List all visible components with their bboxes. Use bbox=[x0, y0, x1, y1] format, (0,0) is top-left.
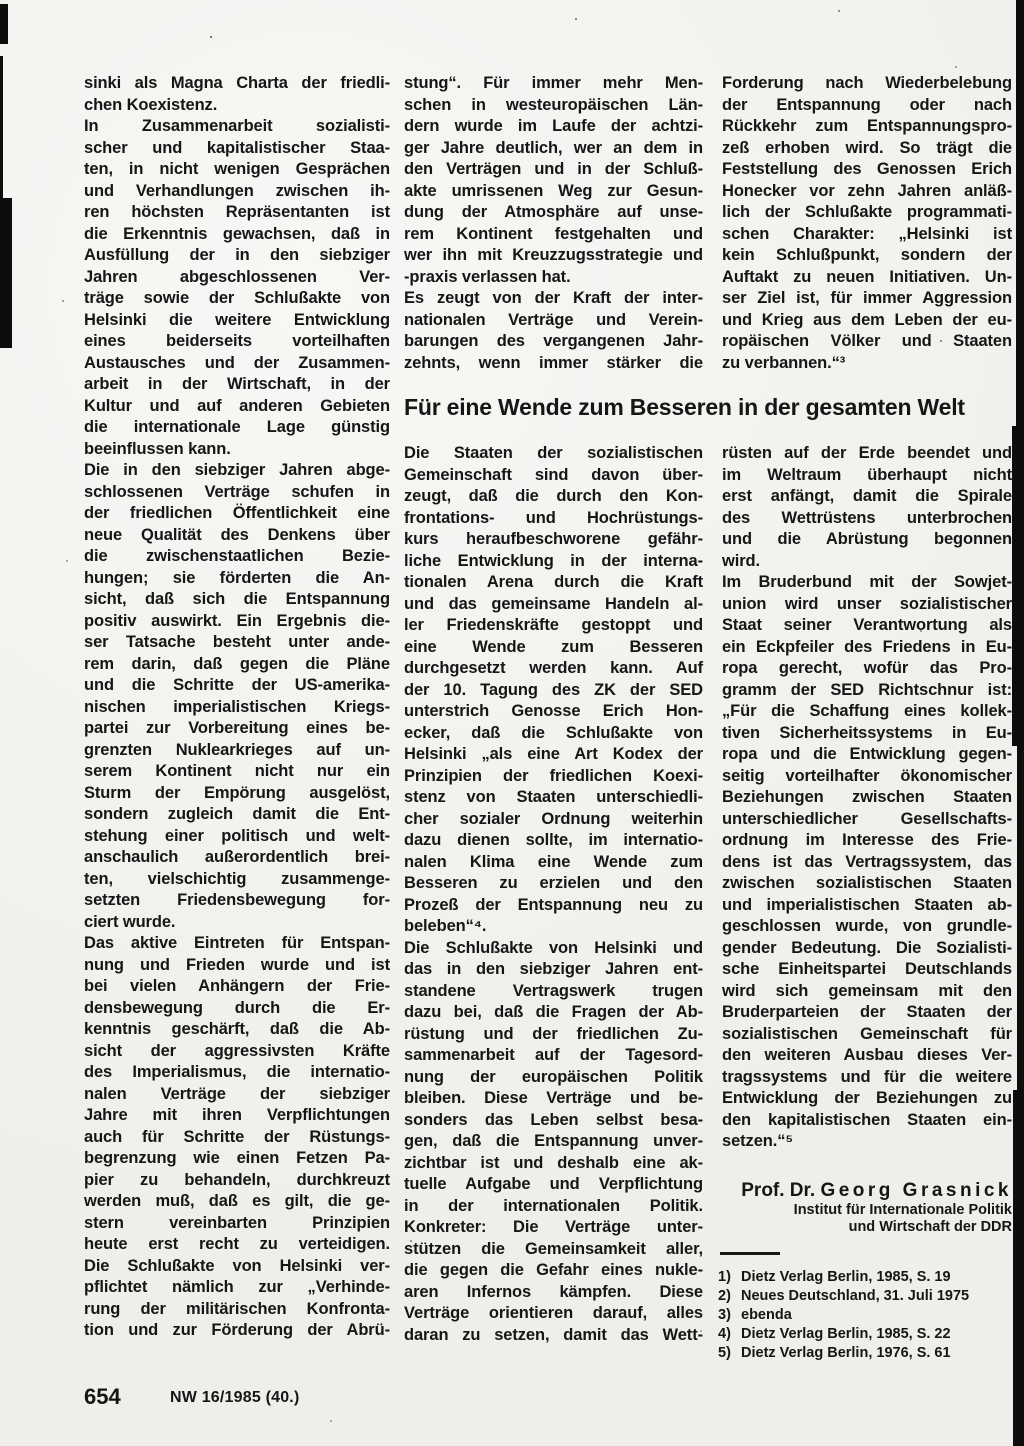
text-line: dens ist das Vertragssystem, das bbox=[722, 852, 1012, 874]
text-line: pier zu behandeln, durchkreuzt bbox=[84, 1170, 390, 1192]
text-line: geschlossen wurde, von grundle- bbox=[722, 916, 1012, 938]
text-line: union wird unser sozialistischer bbox=[722, 594, 1012, 616]
text-line: sammenarbeit auf der Tagesord- bbox=[404, 1045, 703, 1067]
footnote-text: Dietz Verlag Berlin, 1985, S. 19 bbox=[741, 1268, 1018, 1287]
text-line: ein Eckpfeiler des Friedens in Eu- bbox=[722, 637, 1012, 659]
text-line: und Krieg aus dem Leben der eu- bbox=[722, 310, 1012, 332]
text-line: seitig vorteilhafter ökonomischer bbox=[722, 766, 1012, 788]
text-line: sondern zugleich damit die Ent- bbox=[84, 804, 390, 826]
text-line: im Weltraum überhaupt nicht bbox=[722, 465, 1012, 487]
text-line: die Erkenntnis gewachsen, daß in bbox=[84, 224, 390, 246]
text-line: In Zusammenarbeit sozialisti- bbox=[84, 116, 390, 138]
text-line: akte umrissenen Weg zur Gesun- bbox=[404, 181, 703, 203]
text-line: Jahren abgeschlossenen Ver- bbox=[84, 267, 390, 289]
text-line: zeugt, daß die durch den Kon- bbox=[404, 486, 703, 508]
text-line: Das aktive Eintreten für Entspan- bbox=[84, 933, 390, 955]
text-line: stehung einer politisch und welt- bbox=[84, 826, 390, 848]
text-line: den kapitalistischen Staaten ein- bbox=[722, 1110, 1012, 1132]
text-line: neue Qualität des Denkens über bbox=[84, 525, 390, 547]
text-line: träge sowie der Schlußakte von bbox=[84, 288, 390, 310]
scan-edge-mark bbox=[1012, 426, 1024, 746]
text-line: ecker, daß die Schlußakte von bbox=[404, 723, 703, 745]
scan-edge-mark bbox=[0, 198, 12, 348]
text-line: sonders das Leben selbst besa- bbox=[404, 1110, 703, 1132]
text-line: tionalen Arena durch die Kraft bbox=[404, 572, 703, 594]
text-line: der Entspannung oder nach bbox=[722, 95, 1012, 117]
text-line: sozialistischen Gemeinschaft für bbox=[722, 1024, 1012, 1046]
text-line: rüsten auf der Erde beendet und bbox=[722, 443, 1012, 465]
text-line: nalen Klima eine Wende zum bbox=[404, 852, 703, 874]
text-line: Helsinki die weitere Entwicklung bbox=[84, 310, 390, 332]
text-line: sinki als Magna Charta der friedli- bbox=[84, 73, 390, 95]
text-line: kenntnis geschärft, daß die Ab- bbox=[84, 1019, 390, 1041]
text-line: zwischen sozialistischen Staaten bbox=[722, 873, 1012, 895]
text-line: Entwicklung der Beziehungen zu bbox=[722, 1088, 1012, 1110]
text-line: Bruderparteien der Staaten der bbox=[722, 1002, 1012, 1024]
text-line: unterstrich Genosse Erich Hon- bbox=[404, 701, 703, 723]
text-line: ordnung im Interesse des Frie- bbox=[722, 830, 1012, 852]
text-line: stenz von Staaten unterschiedli- bbox=[404, 787, 703, 809]
text-line: dung der Atmosphäre auf unse- bbox=[404, 202, 703, 224]
text-line: kein Schlußpunkt, sondern der bbox=[722, 245, 1012, 267]
text-line: tuelle Aufgabe und Verpflichtung bbox=[404, 1174, 703, 1196]
text-line: Gemeinschaft sind davon über- bbox=[404, 465, 703, 487]
text-line: rem Kontinent festgehalten und bbox=[404, 224, 703, 246]
text-line: barungen des vergangenen Jahr- bbox=[404, 331, 703, 353]
text-line: partei zur Vorbereitung eines be- bbox=[84, 718, 390, 740]
text-line: Forderung nach Wiederbelebung bbox=[722, 73, 1012, 95]
text-line: schen in westeuropäischen Län- bbox=[404, 95, 703, 117]
text-line: dern wurde im Laufe der achtzi- bbox=[404, 116, 703, 138]
text-line: nung und Frieden wurde und ist bbox=[84, 955, 390, 977]
scan-edge-mark bbox=[1016, 0, 1024, 430]
scan-edge-mark bbox=[0, 56, 3, 202]
text-line: auch für Schritte der Rüstungs- bbox=[84, 1127, 390, 1149]
text-line: tragssystems und für die weitere bbox=[722, 1067, 1012, 1089]
text-line: wird sich gemeinsam mit den bbox=[722, 981, 1012, 1003]
footnote-item: 3)ebenda bbox=[718, 1306, 1018, 1325]
text-line: ten, vielschichtig zusammenge- bbox=[84, 869, 390, 891]
column-3-text-top: Forderung nach Wiederbelebungder Entspan… bbox=[722, 73, 1012, 374]
text-line: gender Bedeutung. Die Sozialisti- bbox=[722, 938, 1012, 960]
text-line: schen Charakter: „Helsinki ist bbox=[722, 224, 1012, 246]
text-line: Sturm der Empörung ausgelöst, bbox=[84, 783, 390, 805]
text-line: des Wettrüstens unterbrochen bbox=[722, 508, 1012, 530]
column-2-text-bottom: Die Staaten der sozialistischenGemeinsch… bbox=[404, 443, 703, 1346]
footnote-number: 5) bbox=[718, 1344, 741, 1363]
text-line: und das gemeinsame Handeln al- bbox=[404, 594, 703, 616]
text-line: liche Entwicklung in der interna- bbox=[404, 551, 703, 573]
text-line: densbewegung durch die Er- bbox=[84, 998, 390, 1020]
text-line: Besseren zu erzielen und den bbox=[404, 873, 703, 895]
text-line: begrenzung wie einen Fetzen Pa- bbox=[84, 1148, 390, 1170]
text-line: das in den siebziger Jahren ent- bbox=[404, 959, 703, 981]
text-line: rüstung und der friedlichen Zu- bbox=[404, 1024, 703, 1046]
text-line: dazu bei, daß die Fragen der Ab- bbox=[404, 1002, 703, 1024]
scan-edge-mark bbox=[1017, 742, 1024, 1094]
text-line: arbeit in der Wirtschaft, in der bbox=[84, 374, 390, 396]
text-line: durchgesetzt werden kann. Auf bbox=[404, 658, 703, 680]
footnote-number: 1) bbox=[718, 1268, 741, 1287]
text-line: stung“. Für immer mehr Men- bbox=[404, 73, 703, 95]
page-number: 654 bbox=[84, 1384, 121, 1410]
text-line: „Für die Schaffung eines kollek- bbox=[722, 701, 1012, 723]
text-line: grenzten Nuklearkrieges auf un- bbox=[84, 740, 390, 762]
footnote-item: 4)Dietz Verlag Berlin, 1985, S. 22 bbox=[718, 1325, 1018, 1344]
text-line: sche Einheitspartei Deutschlands bbox=[722, 959, 1012, 981]
text-line: Verträge orientieren darauf, alles bbox=[404, 1303, 703, 1325]
text-line: den weiteren Ausbau dieses Ver- bbox=[722, 1045, 1012, 1067]
text-line: ren höchsten Repräsentanten ist bbox=[84, 202, 390, 224]
text-line: hungen; sie förderten die An- bbox=[84, 568, 390, 590]
text-line: scher und kapitalistischer Staa- bbox=[84, 138, 390, 160]
footnote-text: Neues Deutschland, 31. Juli 1975 bbox=[741, 1287, 1018, 1306]
text-line: des Imperialismus, die internatio- bbox=[84, 1062, 390, 1084]
text-line: in der internationalen Politik. bbox=[404, 1196, 703, 1218]
text-line: bleiben. Diese Verträge und be- bbox=[404, 1088, 703, 1110]
text-line: zichtbar ist und deshalb eine ak- bbox=[404, 1153, 703, 1175]
text-line: aren Infernos kämpfen. Diese bbox=[404, 1282, 703, 1304]
column-2-text-top: stung“. Für immer mehr Men-schen in west… bbox=[404, 73, 703, 374]
text-line: cher sozialer Ordnung weiterhin bbox=[404, 809, 703, 831]
text-line: ropa und die Entwicklung gegen- bbox=[722, 744, 1012, 766]
text-line: ciert wurde. bbox=[84, 912, 390, 934]
footnote-item: 2)Neues Deutschland, 31. Juli 1975 bbox=[718, 1287, 1018, 1306]
text-line: Rückkehr zum Entspannungspro- bbox=[722, 116, 1012, 138]
text-line: setzen.“⁵ bbox=[722, 1131, 1012, 1153]
text-line: ser Tatsache besteht unter ande- bbox=[84, 632, 390, 654]
footnote-text: Dietz Verlag Berlin, 1976, S. 61 bbox=[741, 1344, 1018, 1363]
text-line: Beziehungen zwischen Staaten bbox=[722, 787, 1012, 809]
text-line: den Verträgen und in der Schluß- bbox=[404, 159, 703, 181]
text-line: serem Kontinent nicht nur ein bbox=[84, 761, 390, 783]
footnote-number: 3) bbox=[718, 1306, 741, 1325]
text-line: stern vereinbarten Prinzipien bbox=[84, 1213, 390, 1235]
text-line: der friedlichen Öffentlichkeit eine bbox=[84, 503, 390, 525]
text-line: -praxis verlassen hat. bbox=[404, 267, 703, 289]
text-line: chen Koexistenz. bbox=[84, 95, 390, 117]
text-line: beleben“⁴. bbox=[404, 916, 703, 938]
text-line: nischen imperialistischen Kriegs- bbox=[84, 697, 390, 719]
text-line: und die Schritte der US-amerika- bbox=[84, 675, 390, 697]
footnote-number: 4) bbox=[718, 1325, 741, 1344]
text-line: sicht der aggressivsten Kräfte bbox=[84, 1041, 390, 1063]
text-line: gramm der SED Richtschnur ist: bbox=[722, 680, 1012, 702]
issue-label: NW 16/1985 (40.) bbox=[170, 1389, 299, 1407]
text-line: Die Staaten der sozialistischen bbox=[404, 443, 703, 465]
text-line: stützen die Gemeinsamkeit aller, bbox=[404, 1239, 703, 1261]
text-line: nalen Verträge der siebziger bbox=[84, 1084, 390, 1106]
footnote-number: 2) bbox=[718, 1287, 741, 1306]
text-line: Die Schlußakte von Helsinki und bbox=[404, 938, 703, 960]
journal-page: sinki als Magna Charta der friedli-chen … bbox=[0, 0, 1024, 1446]
text-line: die zwischenstaatlichen Bezie- bbox=[84, 546, 390, 568]
author-name: Prof. Dr. Georg Grasnick bbox=[722, 1180, 1012, 1202]
text-line: gen, daß die Entspannung unver- bbox=[404, 1131, 703, 1153]
author-credit: Prof. Dr. Georg Grasnick Institut für In… bbox=[722, 1180, 1012, 1236]
text-line: die internationale Lage günstig bbox=[84, 417, 390, 439]
text-line: sicht, daß sich die Entspannung bbox=[84, 589, 390, 611]
text-line: die gegen die Gefahr eines nukle- bbox=[404, 1260, 703, 1282]
text-line: und imperialistischen Staaten ab- bbox=[722, 895, 1012, 917]
text-line: setzten Friedensbewegung for- bbox=[84, 890, 390, 912]
text-line: Die Schlußakte von Helsinki ver- bbox=[84, 1256, 390, 1278]
text-line: eine Wende zum Besseren bbox=[404, 637, 703, 659]
text-line: Auftakt zu neuen Initiativen. Un- bbox=[722, 267, 1012, 289]
text-line: Ausfüllung der in den siebziger bbox=[84, 245, 390, 267]
text-line: Austausches und der Zusammen- bbox=[84, 353, 390, 375]
text-line: ropäischen Völker und Staaten bbox=[722, 331, 1012, 353]
text-line: pflichtet nämlich zur „Verhinde- bbox=[84, 1277, 390, 1299]
text-line: heute erst recht zu verteidigen. bbox=[84, 1234, 390, 1256]
section-heading: Für eine Wende zum Besseren in der gesam… bbox=[404, 394, 1016, 421]
text-line: unterschiedlicher Gesellschafts- bbox=[722, 809, 1012, 831]
text-line: frontations- und Hochrüstungs- bbox=[404, 508, 703, 530]
text-line: Es zeugt von der Kraft der inter- bbox=[404, 288, 703, 310]
text-line: rung der militärischen Konfronta- bbox=[84, 1299, 390, 1321]
text-line: ger Jahre deutlich, wer an dem in bbox=[404, 138, 703, 160]
footnote-divider bbox=[720, 1252, 780, 1255]
scan-noise bbox=[0, 0, 2, 2]
text-line: Staat seiner Verantwortung als bbox=[722, 615, 1012, 637]
text-line: Kultur und auf anderen Gebieten bbox=[84, 396, 390, 418]
text-line: wer ihn mit Kreuzzugsstrategie und bbox=[404, 245, 703, 267]
column-3-text-bottom: rüsten auf der Erde beendet undim Weltra… bbox=[722, 443, 1012, 1153]
text-line: Helsinki „als eine Art Kodex der bbox=[404, 744, 703, 766]
text-line: standene Vertragswerk trugen bbox=[404, 981, 703, 1003]
text-line: werden muß, daß es gilt, die ge- bbox=[84, 1191, 390, 1213]
text-line: ser Ziel ist, für immer Aggression bbox=[722, 288, 1012, 310]
text-line: nung der europäischen Politik bbox=[404, 1067, 703, 1089]
text-line: Honecker vor zehn Jahren anläß- bbox=[722, 181, 1012, 203]
text-line: wird. bbox=[722, 551, 1012, 573]
text-line: Im Bruderbund mit der Sowjet- bbox=[722, 572, 1012, 594]
text-line: nationalen Verträge und Verein- bbox=[404, 310, 703, 332]
text-line: Konkreter: Die Verträge unter- bbox=[404, 1217, 703, 1239]
text-line: dazu dienen sollte, im internatio- bbox=[404, 830, 703, 852]
text-line: und Verhandlungen zwischen ih- bbox=[84, 181, 390, 203]
text-line: ropa gerecht, wofür das Pro- bbox=[722, 658, 1012, 680]
column-1-text: sinki als Magna Charta der friedli-chen … bbox=[84, 73, 390, 1342]
text-line: ler Friedenskräfte gestoppt und bbox=[404, 615, 703, 637]
text-line: beeinflussen kann. bbox=[84, 439, 390, 461]
text-line: Prinzipien der friedlichen Koexi- bbox=[404, 766, 703, 788]
footnote-text: Dietz Verlag Berlin, 1985, S. 22 bbox=[741, 1325, 1018, 1344]
text-line: und die Abrüstung begonnen bbox=[722, 529, 1012, 551]
text-line: Die in den siebziger Jahren abge- bbox=[84, 460, 390, 482]
footnote-list: 1)Dietz Verlag Berlin, 1985, S. 192)Neue… bbox=[718, 1268, 1018, 1363]
text-line: tion und zur Förderung der Abrü- bbox=[84, 1320, 390, 1342]
footnote-item: 1)Dietz Verlag Berlin, 1985, S. 19 bbox=[718, 1268, 1018, 1287]
text-line: zu verbannen.“³ bbox=[722, 353, 1012, 375]
text-line: positiv auswirkt. Ein Ergebnis die- bbox=[84, 611, 390, 633]
text-line: Prozeß der Entspannung neu zu bbox=[404, 895, 703, 917]
footnote-item: 5)Dietz Verlag Berlin, 1976, S. 61 bbox=[718, 1344, 1018, 1363]
text-line: der 10. Tagung des ZK der SED bbox=[404, 680, 703, 702]
author-institute-line1: Institut für Internationale Politik bbox=[722, 1202, 1012, 1219]
text-line: kurs heraufbeschworene gefähr- bbox=[404, 529, 703, 551]
text-line: erst anfängt, damit die Spirale bbox=[722, 486, 1012, 508]
text-line: Jahre mit ihren Verpflichtungen bbox=[84, 1105, 390, 1127]
text-line: schlossenen Verträge schufen in bbox=[84, 482, 390, 504]
author-institute-line2: und Wirtschaft der DDR bbox=[722, 1219, 1012, 1236]
footnote-text: ebenda bbox=[741, 1306, 1018, 1325]
text-line: anschaulich außerordentlich brei- bbox=[84, 847, 390, 869]
text-line: zehnts, wenn immer stärker die bbox=[404, 353, 703, 375]
text-line: Feststellung des Genossen Erich bbox=[722, 159, 1012, 181]
text-line: zeß erhoben wird. So trägt die bbox=[722, 138, 1012, 160]
text-line: daran zu setzen, damit das Wett- bbox=[404, 1325, 703, 1347]
text-line: bei vielen Anhängern der Frie- bbox=[84, 976, 390, 998]
text-line: ten, in nicht wenigen Gesprächen bbox=[84, 159, 390, 181]
text-line: rem darin, daß gegen die Pläne bbox=[84, 654, 390, 676]
text-line: tiven Sicherheitssystems in Eu- bbox=[722, 723, 1012, 745]
scan-edge-mark bbox=[0, 4, 8, 44]
text-line: lich der Schlußakte programmati- bbox=[722, 202, 1012, 224]
text-line: eines beiderseits vorteilhaften bbox=[84, 331, 390, 353]
